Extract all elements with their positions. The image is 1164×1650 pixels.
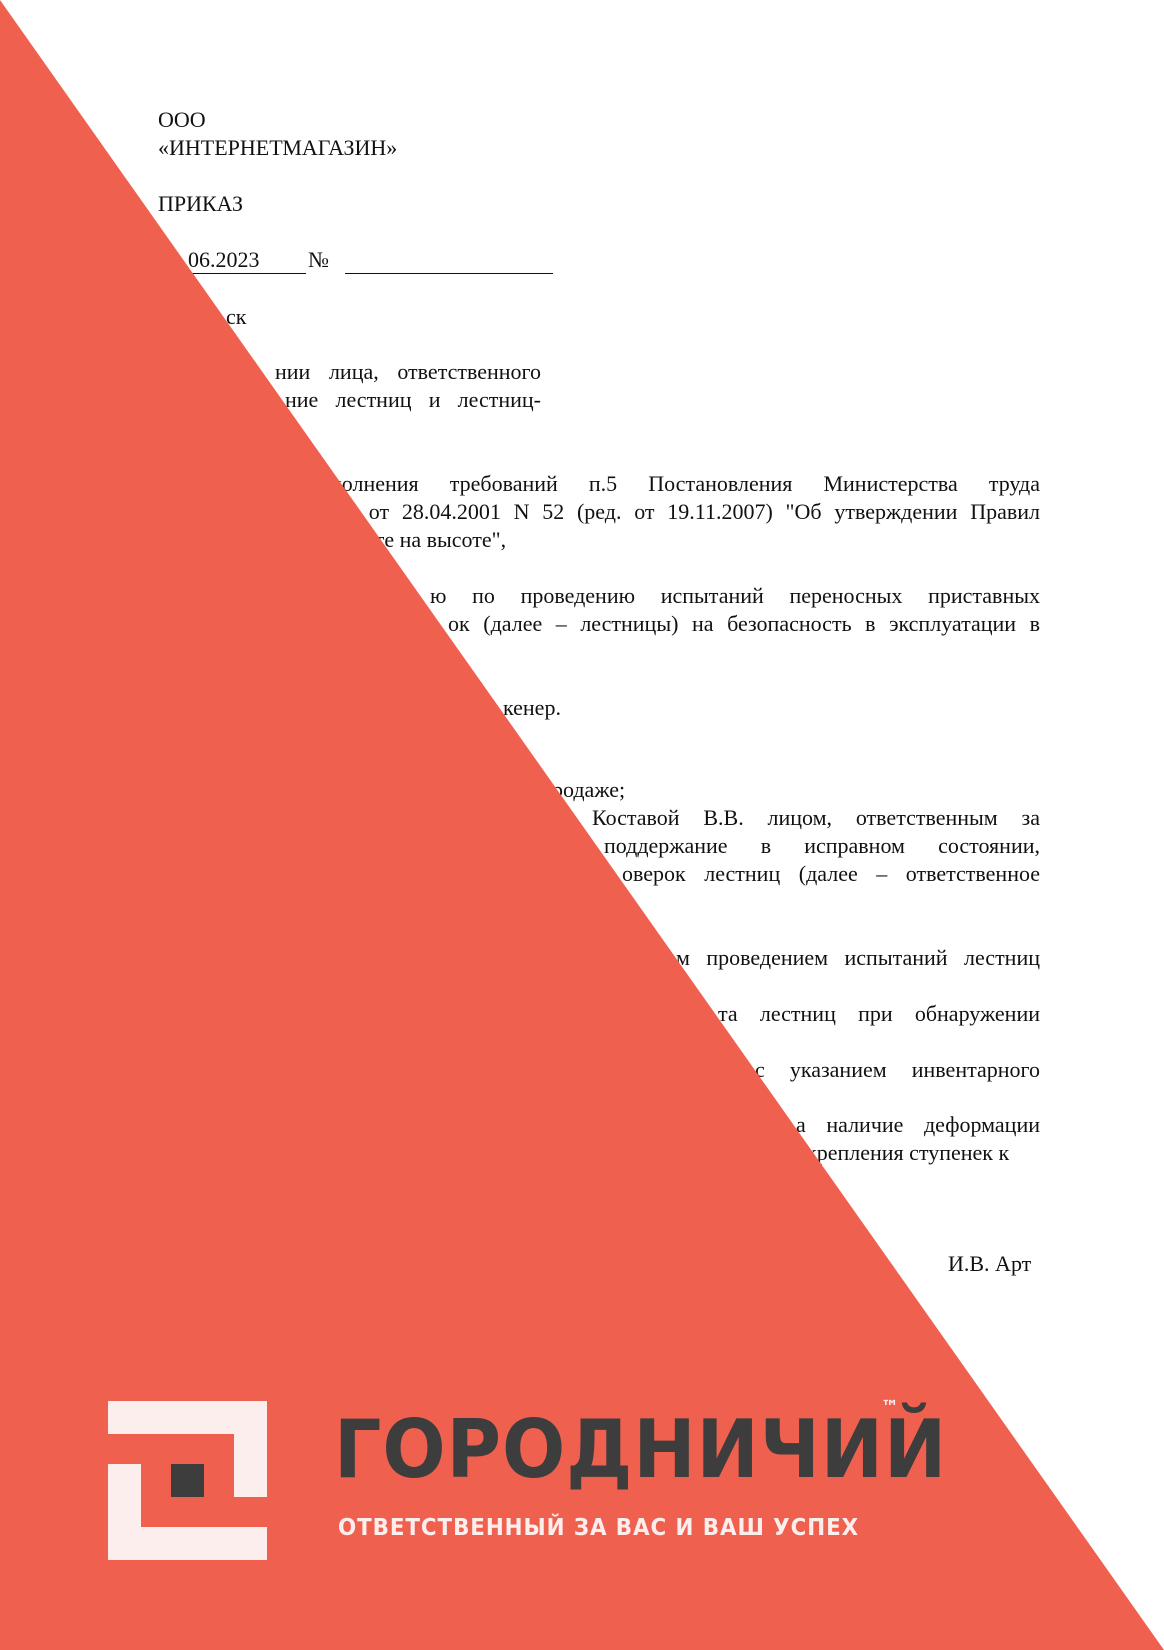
logo-left-bar <box>108 1464 141 1560</box>
body-line-7: родаже; <box>552 776 625 804</box>
body-line-12: та лестниц при обнаружении <box>718 1000 1040 1028</box>
city-fragment: ск <box>226 303 246 331</box>
order-title-line-2: ние лестниц и лестниц- <box>285 386 541 414</box>
number-sign: № <box>308 246 329 274</box>
logo-right-bar <box>234 1401 267 1497</box>
date-underline <box>158 273 306 274</box>
document-page: ООО «ИНТЕРНЕТМАГАЗИН» ПРИКАЗ 06.2023 № с… <box>0 0 1164 1650</box>
body-line-11: м проведением испытаний лестниц <box>676 944 1040 972</box>
logo-center-square <box>171 1464 204 1497</box>
number-underline <box>345 273 553 274</box>
body-line-5: ок (далее – лестницы) на безопасность в … <box>448 610 1040 638</box>
body-line-4: ю по проведению испытаний переносных при… <box>430 582 1040 610</box>
org-form: ООО <box>158 106 206 134</box>
signature-name: И.В. Арт <box>948 1250 1031 1278</box>
trademark-symbol: ™ <box>881 1397 899 1419</box>
body-line-6: кенер. <box>503 694 561 722</box>
brand-tagline: ОТВЕТСТВЕННЫЙ ЗА ВАС И ВАШ УСПЕХ <box>338 1514 859 1542</box>
org-name: «ИНТЕРНЕТМАГАЗИН» <box>158 134 397 162</box>
body-line-8: Коставой В.В. лицом, ответственным за <box>592 804 1040 832</box>
body-line-9: поддержание в исправном состоянии, <box>604 832 1040 860</box>
body-line-13: с указанием инвентарного <box>755 1056 1040 1084</box>
body-line-1: полнения требований п.5 Постановления Ми… <box>330 470 1040 498</box>
body-line-10: оверок лестниц (далее – ответственное <box>622 860 1040 888</box>
body-line-3: оте на высоте", <box>364 526 506 554</box>
order-title-line-1: нии лица, ответственного <box>275 358 541 386</box>
brand-name: ГОРОДНИЧИЙ <box>334 1402 947 1498</box>
doc-type-heading: ПРИКАЗ <box>158 190 243 218</box>
body-line-2: ь от 28.04.2001 N 52 (ред. от 19.11.2007… <box>346 498 1040 526</box>
order-date: 06.2023 <box>188 246 260 274</box>
body-line-15: крепления ступенек к <box>806 1139 1009 1167</box>
body-line-14: а наличие деформации <box>796 1111 1040 1139</box>
